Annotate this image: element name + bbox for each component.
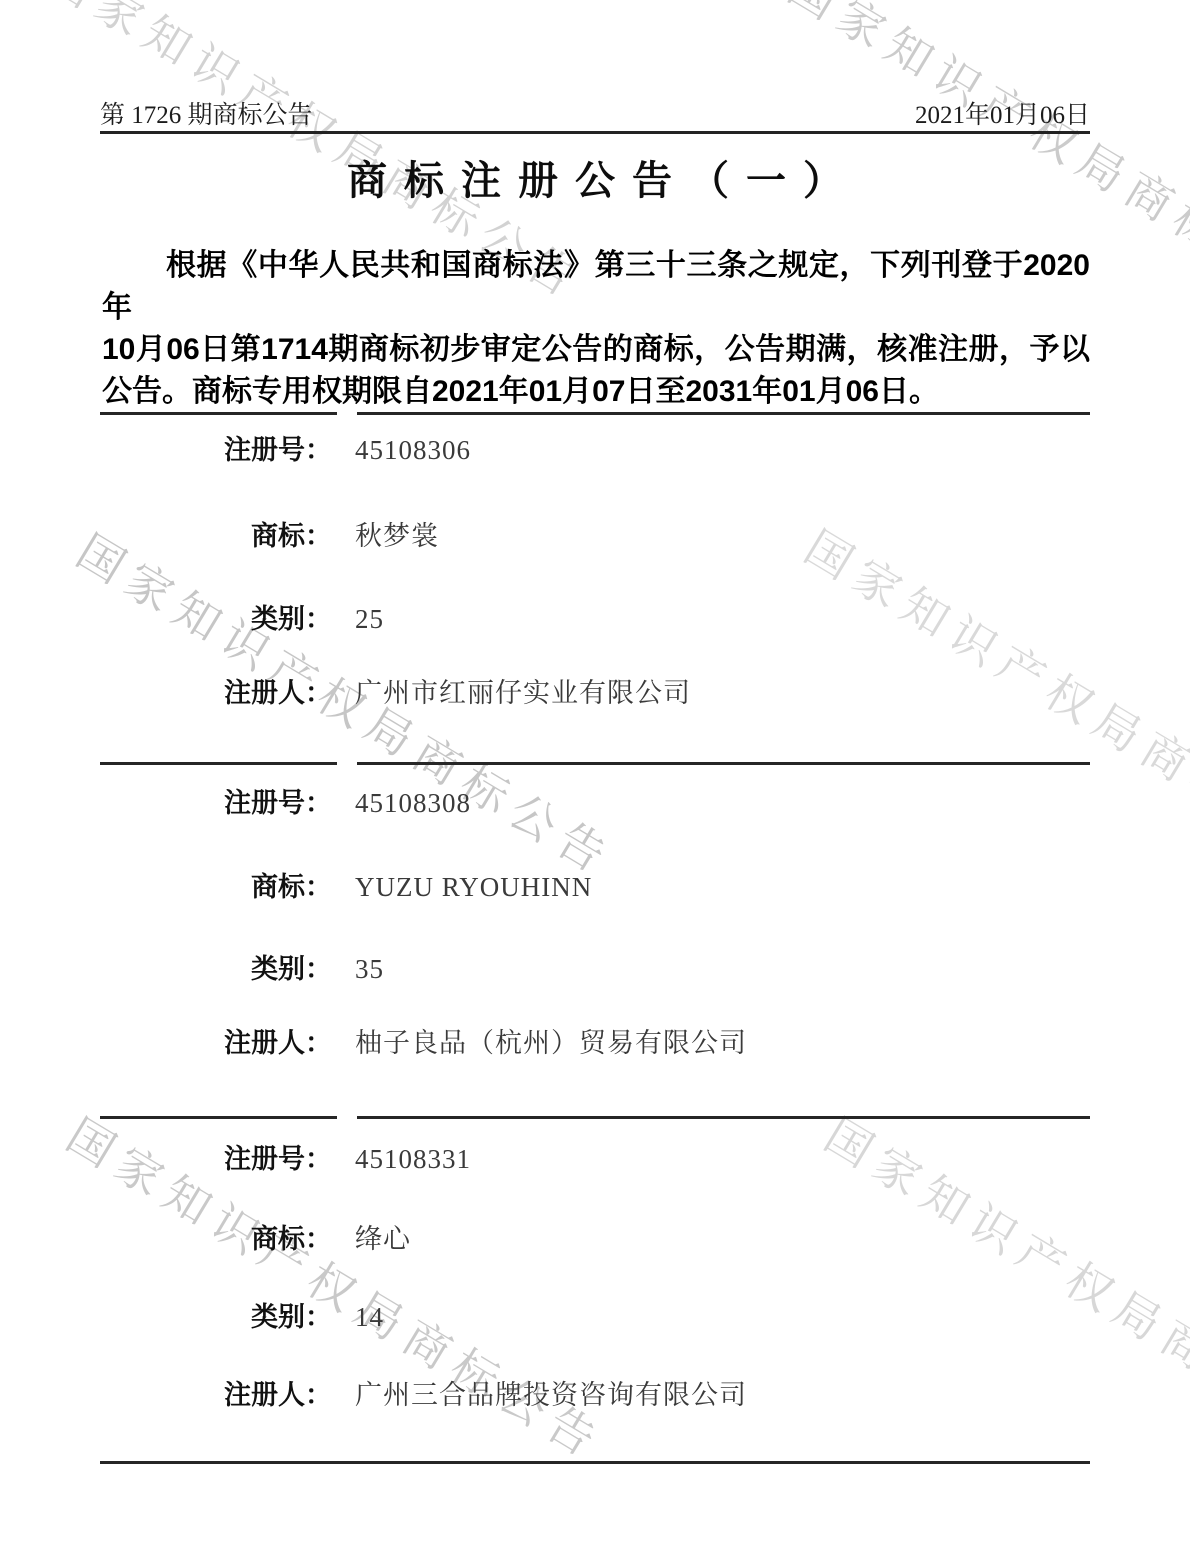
page-title: 商标注册公告（一） (0, 149, 1190, 206)
field-label: 注册号： (100, 428, 332, 467)
entry-1-category-row: 类别： 25 (100, 597, 1090, 636)
field-label: 商标： (100, 514, 332, 553)
intro-paragraph: 根据《中华人民共和国商标法》第三十三条之规定，下列刊登于2020年 10月06日… (102, 245, 1090, 413)
entry-2-trademark-row: 商标： YUZU RYOUHINN (100, 865, 1090, 904)
intro-line-1: 根据《中华人民共和国商标法》第三十三条之规定，下列刊登于2020年 (102, 245, 1090, 329)
divider-2-right (357, 762, 1090, 765)
field-value: 35 (355, 954, 384, 985)
field-value: 广州三合品牌投资咨询有限公司 (355, 1373, 747, 1412)
field-label: 商标： (100, 1217, 332, 1256)
intro-line-3: 公告。商标专用权期限自2021年01月07日至2031年01月06日。 (102, 371, 1090, 413)
divider-3-left (100, 1116, 337, 1119)
entry-3-trademark-row: 商标： 绛心 (100, 1217, 1090, 1256)
field-label: 类别： (100, 947, 332, 986)
field-label: 类别： (100, 597, 332, 636)
header-rule (100, 131, 1090, 134)
field-value: 45108331 (355, 1144, 471, 1175)
gazette-page: 第 1726 期商标公告 2021年01月06日 商标注册公告（一） 根据《中华… (0, 0, 1190, 1564)
issue-date: 2021年01月06日 (915, 95, 1090, 131)
entry-2-category-row: 类别： 35 (100, 947, 1090, 986)
field-label: 注册号： (100, 1137, 332, 1176)
field-value: 45108306 (355, 435, 471, 466)
entry-3-category-row: 类别： 14 (100, 1295, 1090, 1334)
page-header: 第 1726 期商标公告 2021年01月06日 (100, 95, 1090, 131)
field-value: 秋梦裳 (355, 514, 439, 553)
entry-2-registrant-row: 注册人： 柚子良品（杭州）贸易有限公司 (100, 1021, 1090, 1060)
field-label: 注册人： (100, 1373, 332, 1412)
field-value: 14 (355, 1302, 384, 1333)
field-label: 商标： (100, 865, 332, 904)
field-value: YUZU RYOUHINN (355, 872, 592, 903)
entry-1-registrant-row: 注册人： 广州市红丽仔实业有限公司 (100, 671, 1090, 710)
divider-2-left (100, 762, 337, 765)
entry-2-reg-no-row: 注册号： 45108308 (100, 781, 1090, 820)
entry-3-registrant-row: 注册人： 广州三合品牌投资咨询有限公司 (100, 1373, 1090, 1412)
issue-label: 第 1726 期商标公告 (100, 95, 313, 131)
field-value: 柚子良品（杭州）贸易有限公司 (355, 1021, 747, 1060)
field-value: 25 (355, 604, 384, 635)
intro-line-2: 10月06日第1714期商标初步审定公告的商标，公告期满，核准注册，予以 (102, 329, 1090, 371)
field-label: 注册人： (100, 671, 332, 710)
field-value: 绛心 (355, 1217, 411, 1256)
divider-1-left (100, 412, 337, 415)
divider-1-right (357, 412, 1090, 415)
field-label: 注册号： (100, 781, 332, 820)
entry-3-reg-no-row: 注册号： 45108331 (100, 1137, 1090, 1176)
field-label: 类别： (100, 1295, 332, 1334)
field-label: 注册人： (100, 1021, 332, 1060)
divider-3-right (357, 1116, 1090, 1119)
field-value: 广州市红丽仔实业有限公司 (355, 671, 691, 710)
entry-1-trademark-row: 商标： 秋梦裳 (100, 514, 1090, 553)
entry-1-reg-no-row: 注册号： 45108306 (100, 428, 1090, 467)
divider-4 (100, 1461, 1090, 1464)
field-value: 45108308 (355, 788, 471, 819)
